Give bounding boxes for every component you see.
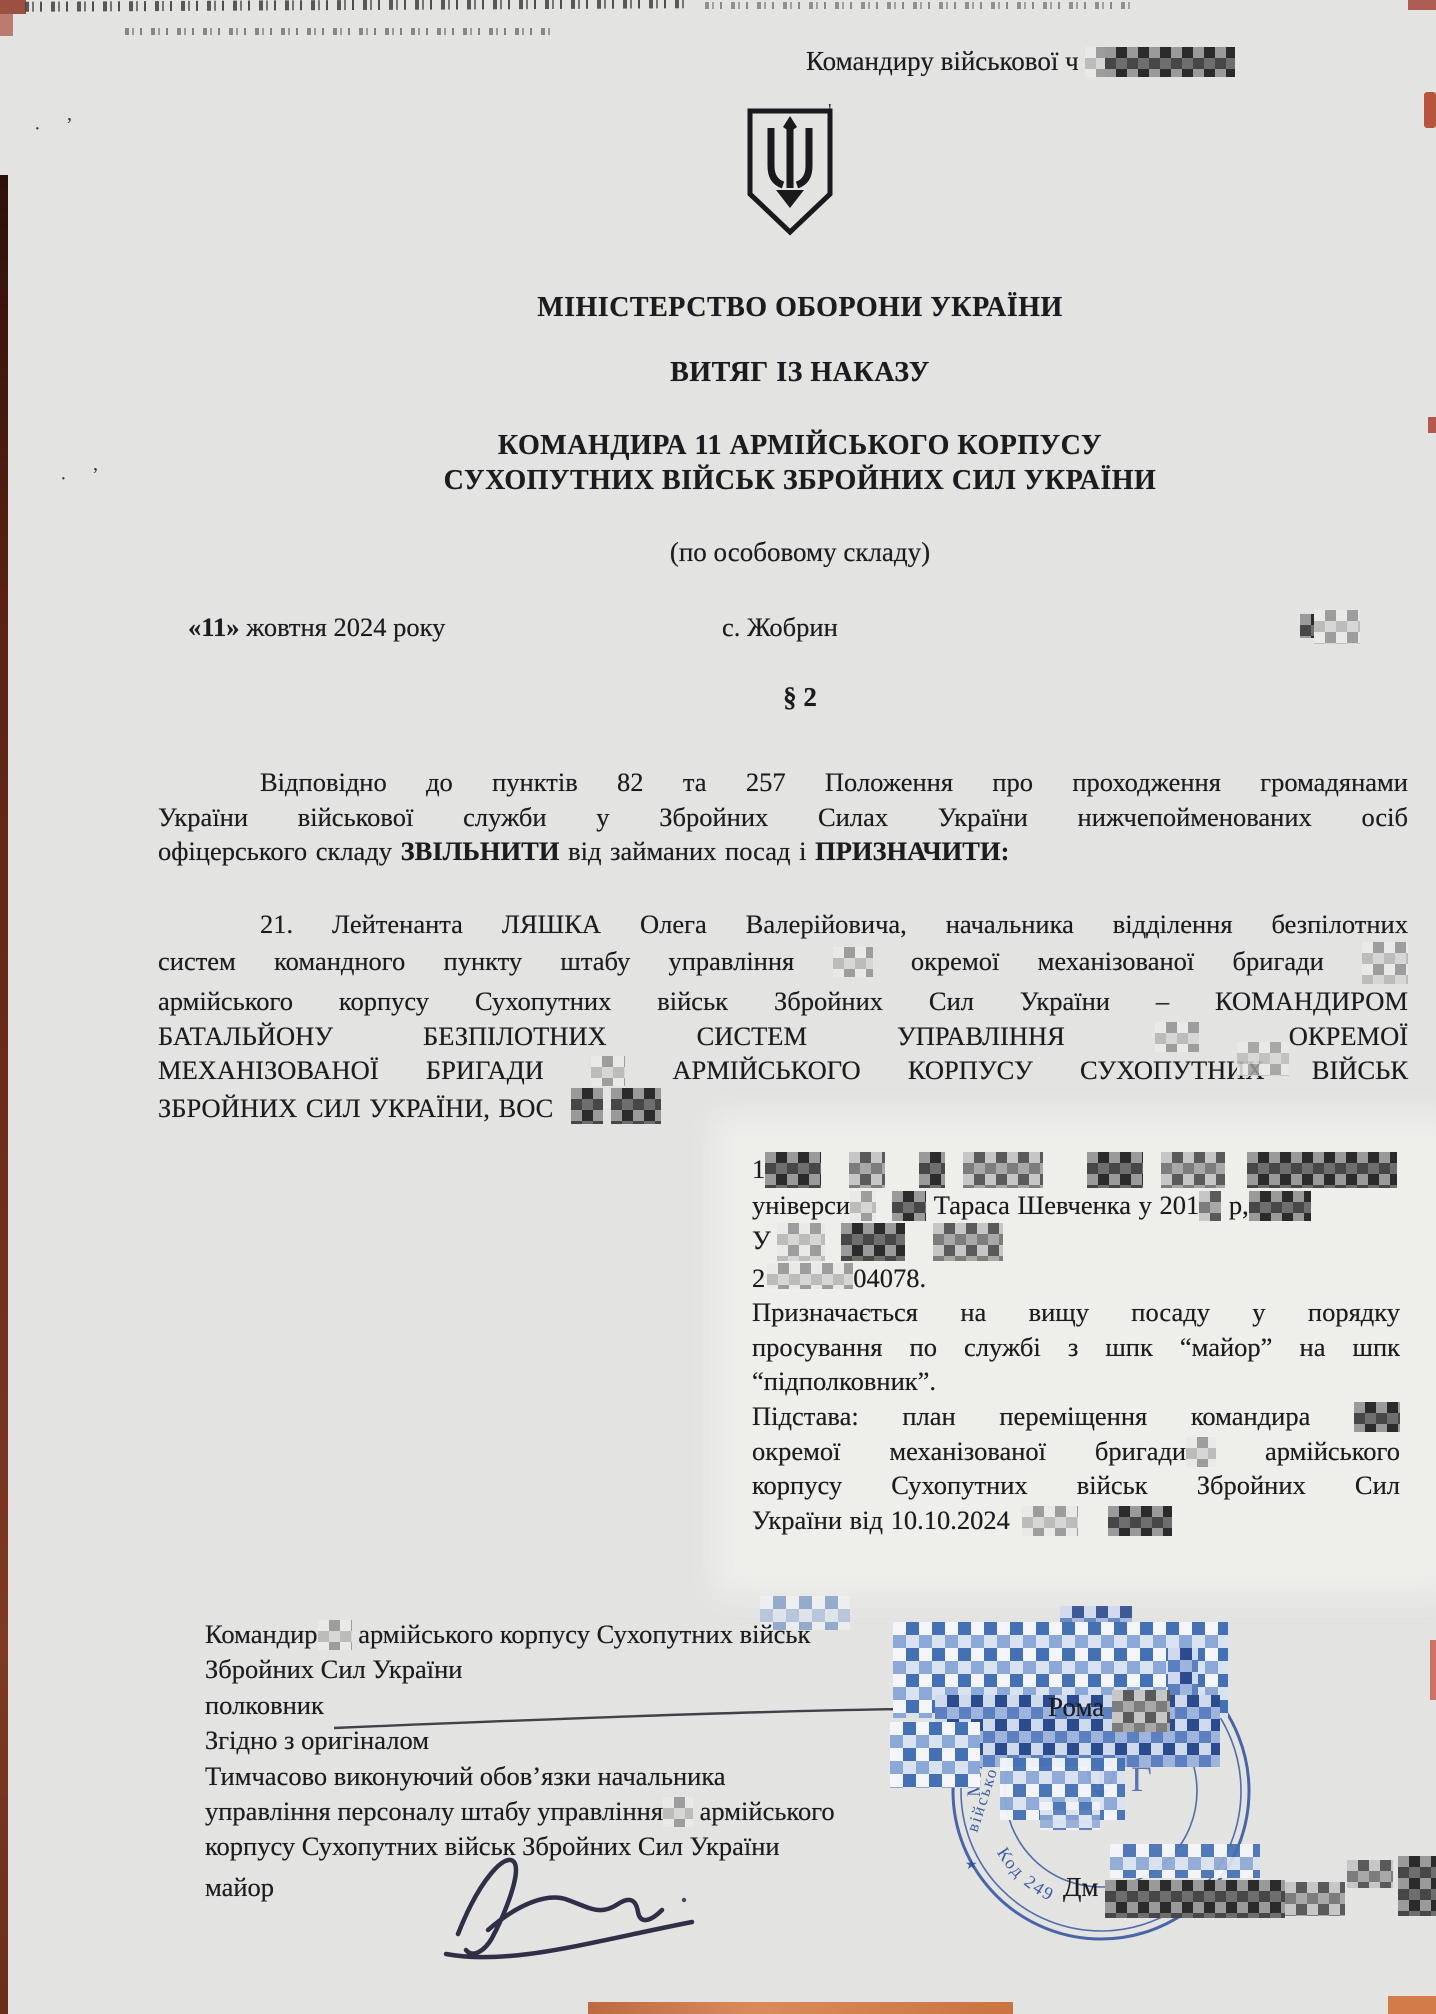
scan-artifact	[1424, 92, 1436, 128]
redaction-block	[1105, 47, 1235, 77]
ink-speck: ·	[34, 118, 41, 141]
order-number-redaction	[1300, 610, 1360, 644]
redaction-block	[892, 1191, 926, 1221]
date-line: «11» жовтня 2024 року	[188, 612, 445, 643]
scan-artifact-left-strip	[0, 175, 8, 2014]
redaction-block	[1161, 1152, 1225, 1188]
addressee-text: Командиру військової ч	[806, 46, 1079, 76]
intro-line-1: Відповідно до пунктів 82 та 257 Положенн…	[158, 765, 1408, 800]
certified-line: Згідно з оригіналом	[205, 1723, 985, 1758]
scan-artifact	[0, 14, 13, 36]
ink-speck: ’	[66, 114, 73, 137]
issuer-title-line-2: СУХОПУТНИХ ВІЙСЬК ЗБРОЙНИХ СИЛ УКРАЇНИ	[182, 463, 1418, 498]
date-day: «11»	[188, 612, 240, 642]
redaction-block	[1354, 1402, 1400, 1432]
redaction-block	[1362, 942, 1408, 984]
redaction-block	[1300, 614, 1314, 638]
item-21-line-3: армійського корпусу Сухопутних військ Зб…	[158, 984, 1408, 1019]
redaction-block	[1314, 610, 1360, 644]
redaction-block	[1108, 1506, 1172, 1536]
appointment-line-1: Призначається на вищу посаду у порядку	[752, 1295, 1400, 1330]
scan-artifact	[1428, 417, 1436, 433]
scan-artifact	[1408, 0, 1436, 10]
redaction-block	[1155, 1022, 1199, 1052]
item-21-paragraph: 21. Лейтенанта ЛЯШКА Олега Валерійовича,…	[158, 907, 1408, 1126]
item-21-line-4: БАТАЛЬЙОНУ БЕЗПІЛОТНИХ СИСТЕМ УПРАВЛІННЯ…	[158, 1019, 1408, 1054]
issuer-title-line-1: КОМАНДИРА 11 АРМІЙСЬКОГО КОРПУСУ	[182, 428, 1418, 463]
place-name: с. Жобрин	[722, 612, 838, 643]
redaction-block	[318, 1620, 352, 1650]
redaction-blob	[1110, 1844, 1260, 1878]
intro-line-2: України військової служби у Збройних Сил…	[158, 800, 1408, 835]
scan-noise-top-3	[705, 2, 1135, 9]
scan-artifact	[1430, 1640, 1436, 1700]
acting-line-1: Тимчасово виконуючий обов’язки начальник…	[205, 1759, 985, 1794]
ink-speck: ·	[60, 468, 67, 491]
intro-line-3: офіцерського складу ЗВІЛЬНИТИ від займан…	[158, 834, 1408, 869]
commander-line-2: Збройних Сил України	[205, 1652, 985, 1687]
basis-line-4: України від 10.10.2024	[752, 1503, 1400, 1538]
scan-noise-top-2	[125, 28, 555, 35]
redaction-block	[1285, 1882, 1345, 1916]
document-scan: · ’ · ’ ' Командиру військової ч МІНІСТЕ…	[0, 0, 1436, 2014]
commander-rank: полковник	[205, 1688, 985, 1723]
item-21-line-1: 21. Лейтенанта ЛЯШКА Олега Валерійовича,…	[158, 907, 1408, 942]
extract-title: ВИТЯГ ІЗ НАКАЗУ	[182, 357, 1418, 389]
redaction-block	[833, 947, 873, 977]
scan-noise-top	[25, 0, 685, 12]
ink-speck: ’	[92, 464, 99, 487]
redaction-block	[850, 1191, 876, 1221]
acting-name: Дм	[1063, 1872, 1099, 1903]
commander-name: Рома	[1048, 1692, 1104, 1723]
education-line-1: 1	[752, 1152, 1400, 1188]
redaction-block	[765, 1152, 821, 1188]
redaction-block	[841, 1223, 905, 1261]
redaction-block	[1237, 1042, 1289, 1076]
redaction-block	[571, 1088, 603, 1124]
redaction-block	[849, 1152, 885, 1188]
education-line-2: універси Тараса Шевченка у 201 р,	[752, 1188, 1400, 1223]
issuer-title: КОМАНДИРА 11 АРМІЙСЬКОГО КОРПУСУ СУХОПУТ…	[182, 428, 1418, 498]
redaction-blob	[1040, 1802, 1100, 1830]
scan-artifact	[588, 2002, 1013, 2014]
redaction-block	[663, 1797, 693, 1827]
appointment-line-3: “підполковник”.	[752, 1364, 1400, 1399]
redaction-block	[767, 1263, 853, 1289]
basis-line-3: корпусу Сухопутних військ Збройних Сил	[752, 1468, 1400, 1503]
excerpt-column: 1 універси Тараса Шевченка у 201 р, У 20…	[752, 1152, 1400, 1537]
redaction-block	[1249, 1191, 1311, 1221]
redaction-block	[1186, 1437, 1216, 1467]
stamp-code-text: Код 249	[993, 1844, 1058, 1905]
commander-line-1: Командир армійського корпусу Сухопутних …	[205, 1617, 985, 1652]
redaction-block	[1247, 1152, 1397, 1188]
redaction-block	[963, 1152, 1043, 1188]
ministry-title: МІНІСТЕРСТВО ОБОРОНИ УКРАЇНИ	[182, 292, 1418, 324]
date-rest: жовтня 2024 року	[240, 612, 446, 642]
redaction-block	[1105, 1880, 1285, 1918]
basis-line-1: Підстава: план переміщення командира	[752, 1399, 1400, 1434]
basis-line-2: окремої механізованої бригади армійськог…	[752, 1434, 1400, 1469]
redaction-block	[1398, 1856, 1436, 1916]
scan-artifact	[1388, 1996, 1436, 2014]
education-line-3: У	[752, 1223, 1400, 1261]
redaction-block	[591, 1056, 625, 1086]
appointment-line-2: просування по службі з шпк “майор” на шп…	[752, 1330, 1400, 1365]
redaction-block	[933, 1223, 1003, 1261]
education-line-4: 204078.	[752, 1261, 1400, 1296]
redaction-block	[1347, 1860, 1393, 1888]
redaction-block	[611, 1088, 661, 1124]
item-21-line-2: систем командного пункту штабу управлінн…	[158, 942, 1408, 984]
item-21-line-6: ЗБРОЙНИХ СИЛ УКРАЇНИ, ВОС	[158, 1088, 1408, 1126]
intro-paragraph: Відповідно до пунктів 82 та 257 Положенн…	[158, 765, 1408, 869]
redaction-block	[1087, 1152, 1143, 1188]
addressee-line: Командиру військової ч	[806, 46, 1235, 77]
item-21-line-5: МЕХАНІЗОВАНОЇ БРИГАДИ АРМІЙСЬКОГО КОРПУС…	[158, 1053, 1408, 1088]
redaction-block	[1199, 1191, 1221, 1221]
redaction-block	[777, 1223, 825, 1261]
personnel-note: (по особовому складу)	[182, 537, 1418, 568]
handwritten-signature	[440, 1838, 740, 1978]
scan-artifact	[0, 0, 26, 14]
redaction-block	[919, 1152, 945, 1188]
redaction-block	[1022, 1506, 1078, 1536]
acting-line-2: управління персоналу штабу управління ар…	[205, 1794, 985, 1829]
redaction-block	[1112, 1690, 1170, 1732]
section-mark: § 2	[182, 682, 1418, 713]
svg-text:Код 249: Код 249	[993, 1844, 1058, 1905]
redaction-block	[1085, 47, 1105, 77]
ukraine-trident-emblem	[744, 106, 836, 238]
